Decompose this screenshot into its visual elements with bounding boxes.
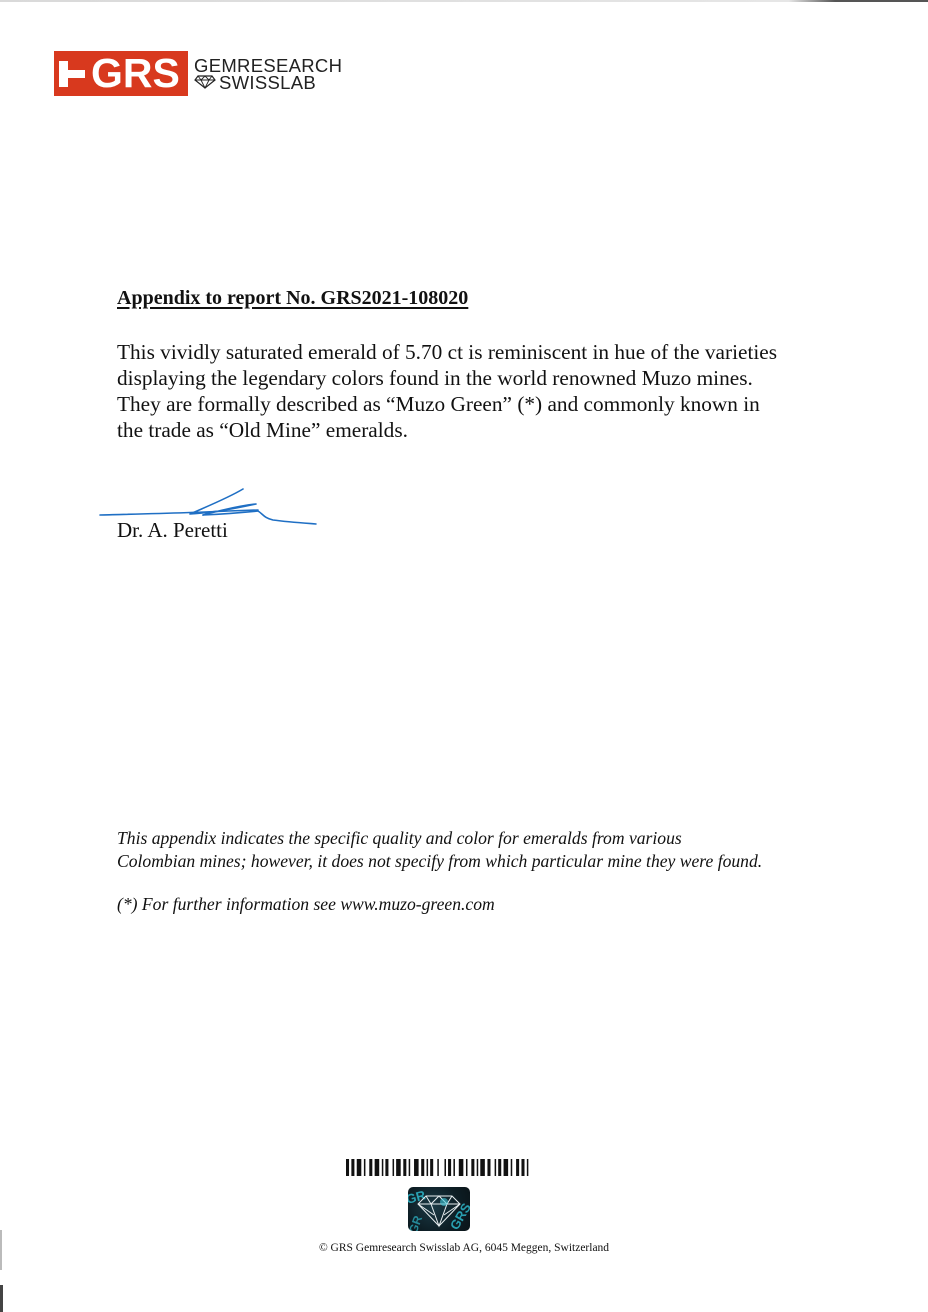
logo-line-2-row: SWISSLAB <box>194 74 342 91</box>
signer-name: Dr. A. Peretti <box>117 518 228 543</box>
logo-mark: GRS <box>91 51 180 96</box>
scan-edge-top <box>0 0 928 2</box>
body-line: displaying the legendary colors found in… <box>117 365 817 391</box>
appendix-heading: Appendix to report No. GRS2021-108020 <box>117 287 468 310</box>
logo-line-2: SWISSLAB <box>219 74 316 91</box>
grs-logo: GRS GEMRESEARCH SWISSLAB <box>54 51 342 96</box>
security-hologram: GR GRS GR <box>408 1187 470 1231</box>
note-line: Colombian mines; however, it does not sp… <box>117 850 837 873</box>
barcode <box>346 1159 534 1176</box>
logo-wordmark: GEMRESEARCH SWISSLAB <box>194 57 342 91</box>
swiss-cross-icon <box>59 61 85 87</box>
svg-text:GR: GR <box>408 1213 425 1231</box>
copyright-footer: © GRS Gemresearch Swisslab AG, 6045 Megg… <box>0 1242 928 1254</box>
diamond-icon <box>194 75 216 89</box>
body-line: This vividly saturated emerald of 5.70 c… <box>117 339 817 365</box>
logo-line-1: GEMRESEARCH <box>194 57 342 74</box>
logo-badge: GRS <box>54 51 188 96</box>
footnote: (*) For further information see www.muzo… <box>117 893 495 916</box>
disclaimer-note: This appendix indicates the specific qua… <box>117 827 837 873</box>
scan-edge-left-bottom <box>0 1285 3 1312</box>
hologram-diamond-icon: GR GRS GR <box>408 1187 470 1231</box>
note-line: This appendix indicates the specific qua… <box>117 827 837 850</box>
body-line: They are formally described as “Muzo Gre… <box>117 391 817 417</box>
body-line: the trade as “Old Mine” emeralds. <box>117 417 817 443</box>
appendix-body: This vividly saturated emerald of 5.70 c… <box>117 339 817 443</box>
